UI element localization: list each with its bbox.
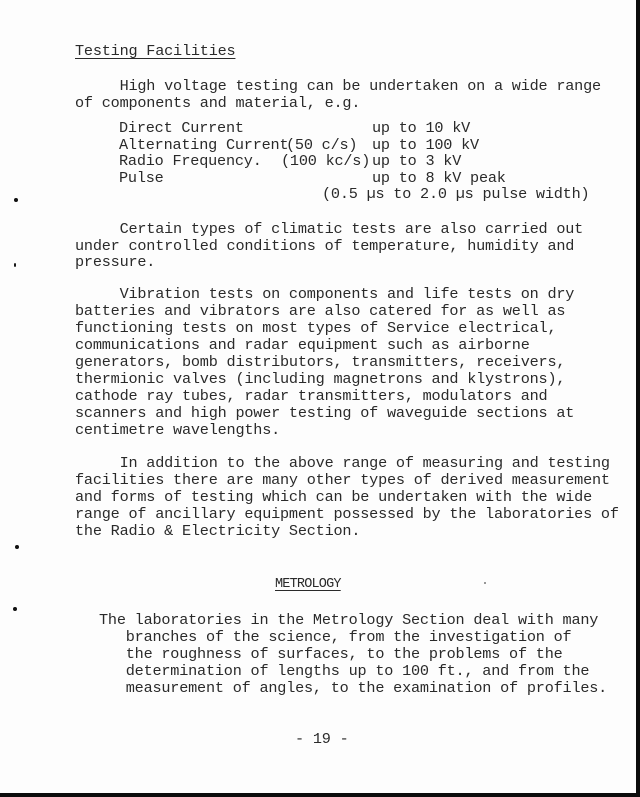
addition-line-1: In addition to the above range of measur… (75, 455, 610, 472)
vibration-line-6: thermionic valves (including magnetrons … (75, 371, 565, 388)
pulse-note: (0.5 µs to 2.0 µs pulse width) (322, 186, 589, 203)
vibration-line-9: centimetre wavelengths. (75, 422, 280, 439)
vibration-line-5: generators, bomb distributors, transmitt… (75, 354, 565, 371)
punch-hole-mark (14, 198, 18, 202)
punch-hole-mark (15, 545, 19, 549)
climatic-line-1: Certain types of climatic tests are also… (75, 221, 583, 238)
vibration-line-3: functioning tests on most types of Servi… (75, 320, 556, 337)
vibration-line-2: batteries and vibrators are also catered… (75, 303, 565, 320)
voltage-condition: (100 kc/s) (281, 153, 370, 170)
section-heading: Testing Facilities (75, 43, 235, 60)
voltage-type: Pulse (119, 170, 164, 187)
vibration-line-7: cathode ray tubes, radar transmitters, m… (75, 388, 547, 405)
intro-line-2: of components and material, e.g. (75, 95, 360, 112)
vibration-line-4: communications and radar equipment such … (75, 337, 530, 354)
paper-speck (484, 582, 486, 584)
metrology-line-3: the roughness of surfaces, to the proble… (99, 646, 563, 663)
voltage-range: up to 3 kV (372, 153, 461, 170)
addition-line-3: and forms of testing which can be undert… (75, 489, 592, 506)
metrology-line-4: determination of lengths up to 100 ft., … (99, 663, 589, 680)
page-number: - 19 - (295, 731, 348, 748)
addition-line-2: facilities there are many other types of… (75, 472, 610, 489)
document-page: Testing Facilities High voltage testing … (0, 0, 640, 797)
addition-line-5: the Radio & Electricity Section. (75, 523, 360, 540)
climatic-line-3: pressure. (75, 254, 155, 271)
punch-hole-mark (13, 607, 17, 611)
vibration-line-1: Vibration tests on components and life t… (75, 286, 574, 303)
punch-hole-mark (14, 263, 16, 267)
intro-line-1: High voltage testing can be undertaken o… (75, 78, 601, 95)
voltage-type: Radio Frequency. (119, 153, 262, 170)
metrology-line-1: The laboratories in the Metrology Sectio… (99, 612, 598, 629)
metrology-line-2: branches of the science, from the invest… (99, 629, 571, 646)
vibration-line-8: scanners and high power testing of waveg… (75, 405, 574, 422)
voltage-type: Direct Current (119, 120, 244, 137)
voltage-range: up to 10 kV (372, 120, 470, 137)
metrology-line-5: measurement of angles, to the examinatio… (99, 680, 607, 697)
metrology-heading: METROLOGY (275, 577, 341, 594)
addition-line-4: range of ancillary equipment possessed b… (75, 506, 619, 523)
